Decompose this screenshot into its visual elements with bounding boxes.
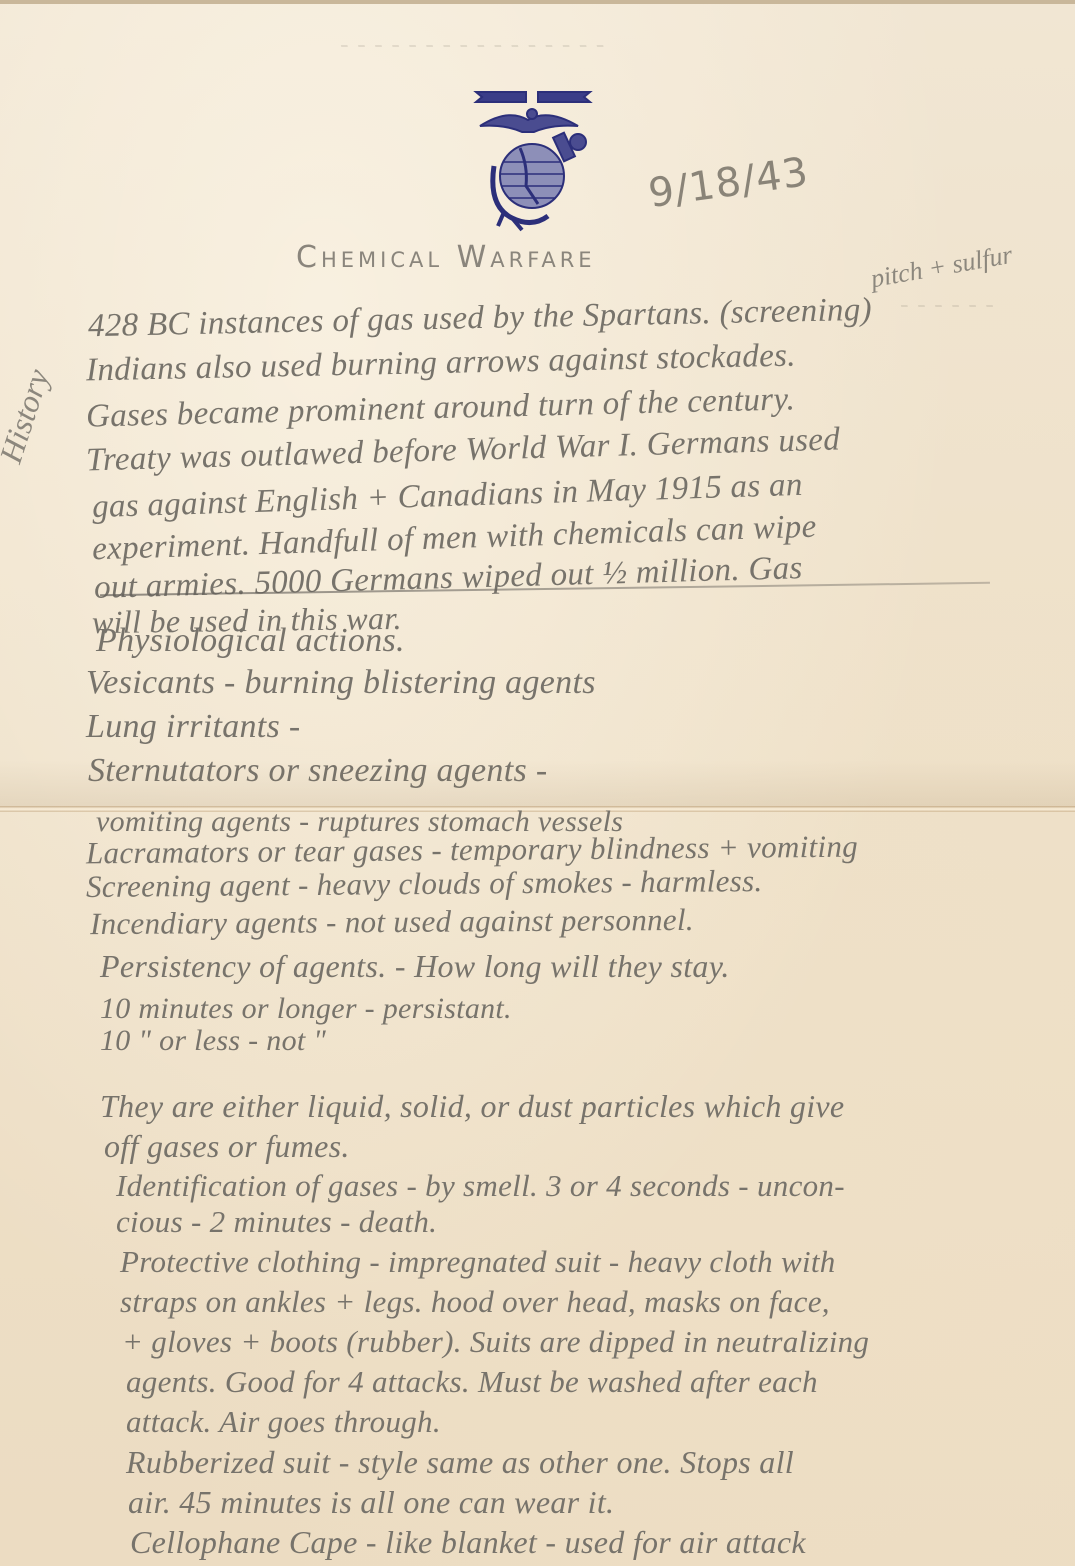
lower-line-line: agents. Good for 4 attacks. Must be wash… [126, 1364, 818, 1400]
lower-line-line: cious - 2 minutes - death. [116, 1204, 437, 1240]
lower-line-line: 10 minutes or longer - persistant. [100, 992, 512, 1026]
physiological-line-line: Vesicants - burning blistering agents [86, 664, 596, 702]
lower-line-line: Screening agent - heavy clouds of smokes… [86, 863, 763, 905]
lower-line-line: + gloves + boots (rubber). Suits are dip… [122, 1324, 869, 1360]
fold-shadow [0, 760, 1075, 806]
reverse-bleed-text: - - - - - - - - - - - - - - - - [340, 30, 605, 60]
history-line-line: 428 BC instances of gas used by the Spar… [88, 292, 873, 345]
margin-note: History [0, 365, 57, 468]
lower-line-line: Incendiary agents - not used against per… [90, 902, 694, 942]
physiological-line-line: Lung irritants - [86, 708, 301, 746]
lower-line-line: They are either liquid, solid, or dust p… [100, 1088, 844, 1125]
lower-line-line: Rubberized suit - style same as other on… [126, 1444, 794, 1481]
page-title: Chemical Warfare [296, 240, 596, 275]
reverse-bleed-text: - - - - - - [900, 290, 994, 320]
lower-line-line: Persistency of agents. - How long will t… [100, 948, 730, 985]
letter-date: 9/18/43 [646, 149, 812, 217]
scanned-letter-page: - - - - - - - - - - - - - - - - - - - - … [0, 0, 1075, 1566]
lower-line-line: attack. Air goes through. [126, 1404, 441, 1440]
lower-line-line: off gases or fumes. [104, 1128, 350, 1165]
history-line-line: Indians also used burning arrows against… [86, 338, 796, 390]
lower-line-line: straps on ankles + legs. hood over head,… [120, 1284, 830, 1320]
lower-line-line: Identification of gases - by smell. 3 or… [116, 1168, 845, 1204]
interline-note: pitch + sulfur [868, 240, 1014, 294]
usmc-eagle-globe-anchor-icon [468, 86, 598, 236]
page-top-edge [0, 0, 1075, 4]
lower-line-line: Cellophane Cape - like blanket - used fo… [130, 1524, 806, 1561]
physiological-line-line: Physiological actions. [96, 622, 405, 660]
lower-line-line: 10 " or less - not " [100, 1024, 326, 1058]
lower-line-line: Protective clothing - impregnated suit -… [120, 1244, 836, 1280]
lower-line-line: air. 45 minutes is all one can wear it. [128, 1484, 614, 1521]
